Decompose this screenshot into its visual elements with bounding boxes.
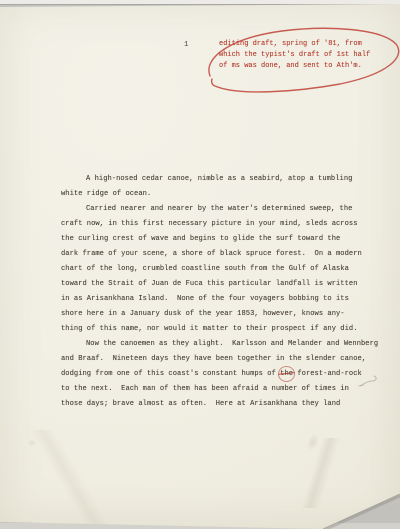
typescript-line: craft now, in this first necessary pictu…	[61, 217, 381, 232]
typescript-line: to the next. Each man of them has been a…	[61, 382, 381, 397]
typescript-line: toward the Strait of Juan de Fuca this p…	[61, 277, 381, 292]
annotation-line: which the typist's draft of 1st half	[219, 50, 389, 61]
typescript-line: and Braaf. Nineteen days they have been …	[61, 352, 381, 367]
struck-word: the	[280, 367, 293, 382]
typescript-line: white ridge of ocean.	[61, 187, 381, 202]
scanned-manuscript-page: 1 editing draft, spring of '81, from whi…	[0, 0, 400, 529]
paper-smudge	[26, 438, 38, 448]
typescript-line: dark frame of your scene, a shore of bla…	[61, 247, 381, 262]
scan-top-edge	[0, 0, 400, 5]
typescript-line: Carried nearer and nearer by the water's…	[61, 202, 381, 217]
paper-crease	[0, 430, 140, 529]
typescript-line: thing of this name, nor would it matter …	[61, 322, 381, 337]
annotation-line: editing draft, spring of '81, from	[219, 39, 389, 50]
typescript-line: chart of the long, crumbled coastline so…	[61, 262, 381, 277]
paper-smudge	[302, 428, 323, 455]
typescript-line: shore here in a January dusk of the year…	[61, 307, 381, 322]
annotation-line: of ms was done, and sent to Ath'm.	[219, 61, 389, 72]
line-segment: dodging from one of this coast's constan…	[61, 370, 280, 378]
manuscript-paper: 1 editing draft, spring of '81, from whi…	[0, 0, 400, 529]
typescript-line: those days; brave almost as often. Here …	[61, 397, 381, 412]
typescript-line: the curling crest of wave and begins to …	[61, 232, 381, 247]
typescript-line: in as Arisankhana Island. None of the fo…	[61, 292, 381, 307]
typescript-line: Now the canoemen as they alight. Karlsso…	[61, 337, 381, 352]
typescript-line: A high-nosed cedar canoe, nimble as a se…	[61, 172, 381, 187]
editorial-annotation: editing draft, spring of '81, from which…	[219, 39, 389, 71]
line-segment: forest-and-rock	[293, 370, 362, 378]
page-number: 1	[184, 41, 189, 50]
typescript-body: A high-nosed cedar canoe, nimble as a se…	[61, 172, 381, 412]
typescript-line-with-deletion: dodging from one of this coast's constan…	[61, 367, 381, 382]
